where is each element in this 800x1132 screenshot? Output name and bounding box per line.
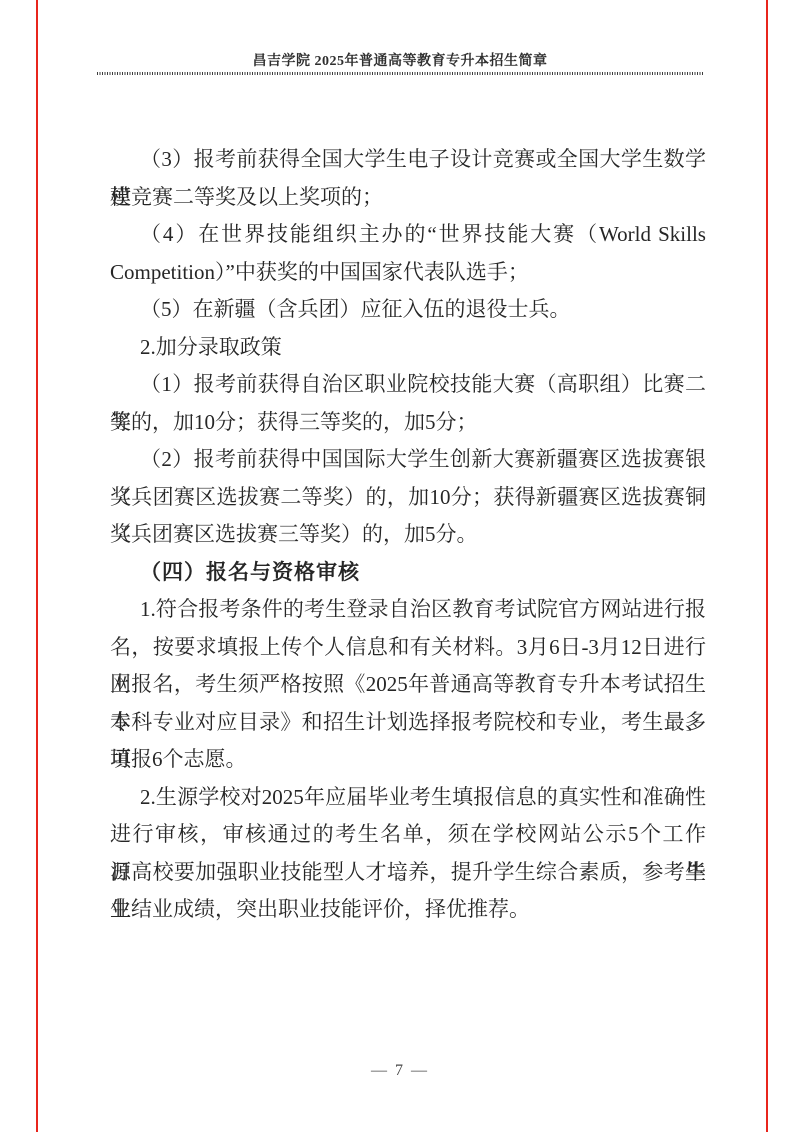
text-line: 1.符合报考条件的考生登录自治区教育考试院官方网站进行报 [110,591,706,629]
left-margin-line [36,0,38,1132]
text-line: （兵团赛区选拔赛三等奖）的，加5分。 [110,516,706,554]
paragraph: 1.符合报考条件的考生登录自治区教育考试院官方网站进行报名，按要求填报上传个人信… [110,591,706,779]
paragraph: （4）在世界技能组织主办的“世界技能大赛（World SkillsCompeti… [110,216,706,291]
text-line: 上报名，考生须严格按照《2025年普通高等教育专升本考试招生本、 [110,666,706,704]
header-rule-line [97,72,703,75]
text-line: 专科专业对应目录》和招生计划选择报考院校和专业，考生最多可 [110,704,706,742]
section-heading: （四）报名与资格审核 [110,554,706,592]
text-line: Competition）”中获奖的中国国家代表队选手； [110,254,706,292]
text-line: （3）报考前获得全国大学生电子设计竞赛或全国大学生数学建 [110,141,706,179]
paragraph: 2.生源学校对2025年应届毕业考生填报信息的真实性和准确性进行审核，审核通过的… [110,779,706,929]
text-line: （兵团赛区选拔赛二等奖）的，加10分；获得新疆赛区选拔赛铜奖 [110,479,706,517]
paragraph: （1）报考前获得自治区职业院校技能大赛（高职组）比赛二等奖的，加10分；获得三等… [110,366,706,441]
paragraph: （2）报考前获得中国国际大学生创新大赛新疆赛区选拔赛银奖（兵团赛区选拔赛二等奖）… [110,441,706,554]
text-line: （1）报考前获得自治区职业院校技能大赛（高职组）比赛二等 [110,366,706,404]
text-line: 生结业成绩，突出职业技能评价，择优推荐。 [110,891,706,929]
text-line: （四）报名与资格审核 [110,554,706,592]
text-line: 模竞赛二等奖及以上奖项的； [110,179,706,217]
paragraph: 2.加分录取政策 [110,329,706,367]
text-line: 填报6个志愿。 [110,741,706,779]
text-line: 源高校要加强职业技能型人才培养，提升学生综合素质，参考毕业 [110,854,706,892]
text-line: （4）在世界技能组织主办的“世界技能大赛（World Skills [110,216,706,254]
text-line: （2）报考前获得中国国际大学生创新大赛新疆赛区选拔赛银奖 [110,441,706,479]
page-number: — 7 — [0,1062,800,1080]
text-line: 进行审核，审核通过的考生名单，须在学校网站公示5个工作日。生 [110,816,706,854]
document-page: 昌吉学院 2025年普通高等教育专升本招生简章 （3）报考前获得全国大学生电子设… [0,0,800,1132]
text-line: （5）在新疆（含兵团）应征入伍的退役士兵。 [110,291,706,329]
text-line: 2.生源学校对2025年应届毕业考生填报信息的真实性和准确性 [110,779,706,817]
text-line: 名，按要求填报上传个人信息和有关材料。3月6日-3月12日进行网 [110,629,706,667]
paragraph: （3）报考前获得全国大学生电子设计竞赛或全国大学生数学建模竞赛二等奖及以上奖项的… [110,141,706,216]
right-margin-line [766,0,768,1132]
text-line: 2.加分录取政策 [110,329,706,367]
text-line: 奖的，加10分；获得三等奖的，加5分； [110,404,706,442]
page-header-title: 昌吉学院 2025年普通高等教育专升本招生简章 [0,50,800,70]
document-body: （3）报考前获得全国大学生电子设计竞赛或全国大学生数学建模竞赛二等奖及以上奖项的… [110,141,706,929]
paragraph: （5）在新疆（含兵团）应征入伍的退役士兵。 [110,291,706,329]
